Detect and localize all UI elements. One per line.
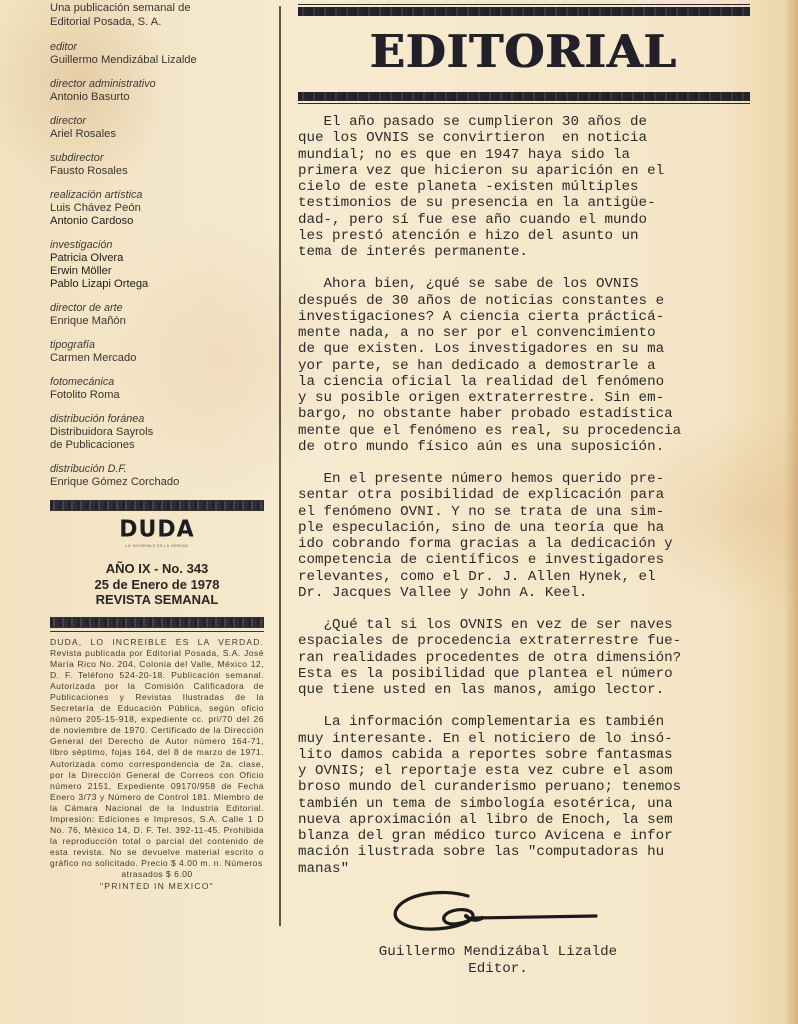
legal-body: Revista publicada por Editorial Posada, … [50,648,264,869]
editorial-paragraph: La información complementaria es también… [298,714,750,877]
text-line: tema de interés permanente. [298,244,750,260]
text-line: espaciales de procedencia extraterrestre… [298,633,750,649]
staff-list: editorGuillermo Mendizábal Lizaldedirect… [50,41,264,489]
text-line: primera vez que hicieron su aparición en… [298,163,750,179]
text-line: El año pasado se cumplieron 30 años de [298,114,750,130]
staff-entry: subdirectorFausto Rosales [50,152,264,178]
text-line: En el presente número hemos querido pre- [298,471,750,487]
text-line: de que existen. Los investigadores en su… [298,341,750,357]
text-line: ran realidades procedentes de otra dimen… [298,650,750,666]
text-line: sentar otra posibilidad de explicación p… [298,487,750,503]
issue-number: AÑO IX - No. 343 [50,561,264,577]
staff-name: Pablo Lizapi Ortega [50,278,264,291]
staff-role: realización artística [50,189,264,202]
staff-entry: fotomecánicaFotolito Roma [50,376,264,402]
printed-in-mexico: "PRINTED IN MEXICO" [50,881,264,892]
staff-name: Guillermo Mendizábal Lizalde [50,54,264,67]
editorial-paragraph: En el presente número hemos querido pre-… [298,471,750,601]
text-line: testimonios de su presencia en la antigü… [298,195,750,211]
staff-entry: director de arteEnrique Mañón [50,302,264,328]
staff-entry: distribución foráneaDistribuidora Sayrol… [50,413,264,452]
issue-frequency: REVISTA SEMANAL [50,592,264,608]
signature-name: Guillermo Mendizábal Lizalde [298,944,698,961]
editorial-paragraph: El año pasado se cumplieron 30 años dequ… [298,114,750,260]
text-line: Ahora bien, ¿qué se sabe de los OVNIS [298,276,750,292]
staff-entry: director administrativoAntonio Basurto [50,78,264,104]
text-line: de otro mundo físico aún es una suposici… [298,439,750,455]
staff-role: subdirector [50,152,264,165]
text-line: investigaciones? A ciencia cierta prácti… [298,309,750,325]
staff-role: director [50,115,264,128]
signature [386,890,750,944]
text-line: el fenómeno OVNI. Y no se trata de una s… [298,504,750,520]
text-line: y su posible origen extraterrestre. Sin … [298,390,750,406]
text-line: relevantes, como el Dr. J. Allen Hynek, … [298,569,750,585]
staff-entry: directorAriel Rosales [50,115,264,141]
editorial-title: EDITORIAL [298,28,750,76]
staff-name: Luis Chávez Peón [50,202,264,215]
text-line: que tiene usted en las manos, amigo lect… [298,682,750,698]
text-line: mundial; no es que en 1947 haya sido la [298,147,750,163]
decorative-band [50,500,264,511]
text-line: también un tema de simbología esotérica,… [298,796,750,812]
staff-role: director administrativo [50,78,264,91]
staff-role: investigación [50,239,264,252]
staff-role: editor [50,41,264,54]
page-edge-shadow [784,0,798,1024]
title-rule-bottom [298,92,750,104]
masthead-column: Una publicación semanal de Editorial Pos… [50,0,264,892]
text-line: cielo de este planeta -existen múltiples [298,179,750,195]
legal-notice: DUDA, LO INCREIBLE ES LA VERDAD. Revista… [50,637,264,892]
staff-entry: realización artísticaLuis Chávez PeónAnt… [50,189,264,228]
editorial-column: EDITORIAL El año pasado se cumplieron 30… [298,0,750,978]
text-line: la ciencia oficial la realidad del fenóm… [298,374,750,390]
title-rule-top [298,4,750,16]
staff-role: director de arte [50,302,264,315]
text-line: bargo, no obstante haber probado estadís… [298,406,750,422]
text-line: les prestó atención e hizo del asunto un [298,228,750,244]
staff-entry: distribución D.F.Enrique Gómez Corchado [50,463,264,489]
text-line: mación ilustrada sobre las "computadoras… [298,844,750,860]
staff-name: de Publicaciones [50,439,264,452]
text-line: mente que el fenómeno es real, su proced… [298,423,750,439]
staff-name: Antonio Cardoso [50,215,264,228]
text-line: mente nada, a no ser por el convencimien… [298,325,750,341]
text-line: manas" [298,861,750,877]
signature-title: Editor. [298,961,698,978]
staff-name: Antonio Basurto [50,91,264,104]
staff-name: Fotolito Roma [50,389,264,402]
text-line: y OVNIS; el reportaje esta vez cubre el … [298,763,750,779]
editorial-paragraph: Ahora bien, ¿qué se sabe de los OVNISdes… [298,276,750,455]
staff-role: distribución foránea [50,413,264,426]
staff-role: tipografía [50,339,264,352]
staff-name: Distribuidora Sayrols [50,426,264,439]
text-line: ¿Qué tal si los OVNIS en vez de ser nave… [298,617,750,633]
text-line: nueva aproximación al libro de Enoch, la… [298,812,750,828]
editorial-paragraph: ¿Qué tal si los OVNIS en vez de ser nave… [298,617,750,698]
text-line: Dr. Jacques Vallee y John A. Keel. [298,585,750,601]
staff-role: distribución D.F. [50,463,264,476]
text-line: competencia de científicos e investigado… [298,552,750,568]
decorative-band [50,617,264,628]
staff-name: Carmen Mercado [50,352,264,365]
staff-name: Ariel Rosales [50,128,264,141]
back-issue-price: atrasados $ 6.00 [50,869,264,880]
staff-name: Enrique Mañón [50,315,264,328]
column-divider [279,6,281,926]
text-line: ido cobrando forma gracias a la dedicaci… [298,536,750,552]
staff-name: Enrique Gómez Corchado [50,476,264,489]
staff-entry: investigaciónPatricia OlveraErwin Möller… [50,239,264,291]
text-line: Esta es la posibilidad que plantea el nú… [298,666,750,682]
staff-entry: editorGuillermo Mendizábal Lizalde [50,41,264,67]
text-line: La información complementaria es también [298,714,750,730]
text-line: muy interesante. En el noticiero de lo i… [298,731,750,747]
staff-name: Fausto Rosales [50,165,264,178]
text-line: después de 30 años de noticias constante… [298,293,750,309]
text-line: dad-, pero sí fue ese año cuando el mund… [298,212,750,228]
issue-info: AÑO IX - No. 343 25 de Enero de 1978 REV… [50,561,264,608]
staff-name: Erwin Möller [50,265,264,278]
text-line: lito damos cabida a reportes sobre fanta… [298,747,750,763]
legal-headline: DUDA, LO INCREIBLE ES LA VERDAD. [50,637,264,647]
duda-logo: DUDA [119,518,194,541]
rule [50,631,264,632]
staff-name: Patricia Olvera [50,252,264,265]
text-line: yor parte, se han dedicado a demostrarle… [298,358,750,374]
text-line: ple especulación, sino de una teoría que… [298,520,750,536]
signature-scrawl-icon [386,890,606,944]
text-line: broso mundo del curanderismo peruano; te… [298,779,750,795]
staff-role: fotomecánica [50,376,264,389]
issue-date: 25 de Enero de 1978 [50,577,264,593]
staff-entry: tipografíaCarmen Mercado [50,339,264,365]
publisher-credit: Una publicación semanal de Editorial Pos… [50,1,264,29]
editorial-body: El año pasado se cumplieron 30 años dequ… [298,114,750,877]
text-line: que los OVNIS se convirtieron en noticia [298,130,750,146]
logo-tagline: LO INCREIBLE ES LA VERDAD [50,544,264,549]
text-line: blanza del gran médico turco Avicena e i… [298,828,750,844]
magazine-logo: DUDA LO INCREIBLE ES LA VERDAD [50,519,264,549]
